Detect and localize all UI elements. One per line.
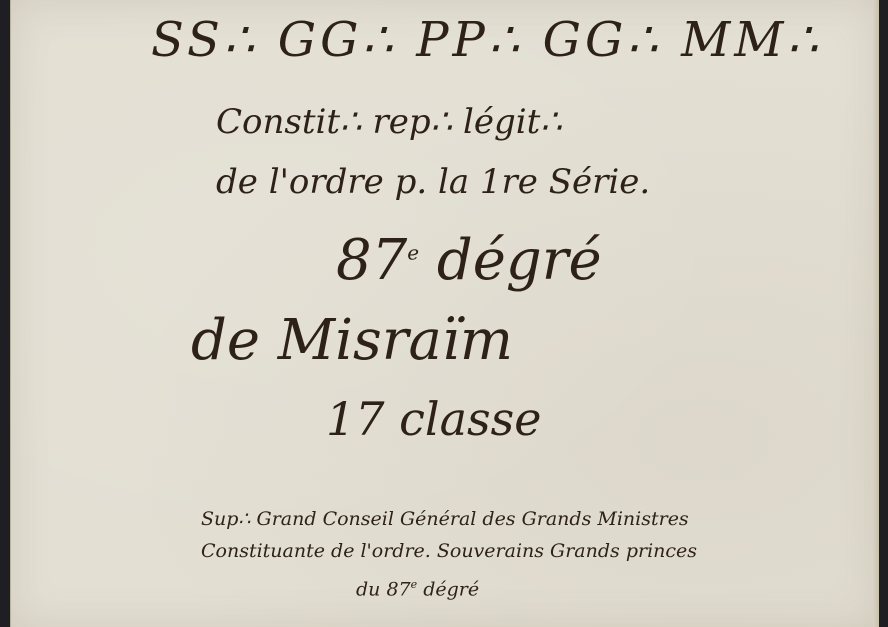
class-line: 17 classe bbox=[326, 392, 542, 446]
header-abbreviation: SS∴ GG∴ PP∴ GG∴ MM∴ bbox=[151, 12, 822, 68]
footer-degree-word: dégré bbox=[423, 578, 479, 600]
degree-number: 87 bbox=[336, 228, 407, 293]
manuscript-page: SS∴ GG∴ PP∴ GG∴ MM∴ Constit∴ rep∴ légit∴… bbox=[10, 0, 877, 627]
degree-title: 87e dégré bbox=[336, 228, 602, 293]
footer-degree-suffix: e bbox=[411, 578, 418, 591]
degree-suffix: e bbox=[407, 240, 419, 264]
constitution-line: Constit∴ rep∴ légit∴ bbox=[216, 102, 562, 142]
manuscript-scan: SS∴ GG∴ PP∴ GG∴ MM∴ Constit∴ rep∴ légit∴… bbox=[0, 0, 888, 627]
footer-degree-prefix: du 87 bbox=[356, 578, 411, 600]
footer-line-3: du 87e dégré bbox=[356, 578, 479, 600]
degree-word: dégré bbox=[437, 228, 602, 293]
footer-line-1: Sup∴ Grand Conseil Général des Grands Mi… bbox=[201, 508, 689, 530]
rite-title: de Misraïm bbox=[191, 308, 513, 373]
order-series-line: de l'ordre p. la 1re Série. bbox=[216, 162, 650, 202]
footer-line-2: Constituante de l'ordre. Souverains Gran… bbox=[201, 540, 697, 562]
